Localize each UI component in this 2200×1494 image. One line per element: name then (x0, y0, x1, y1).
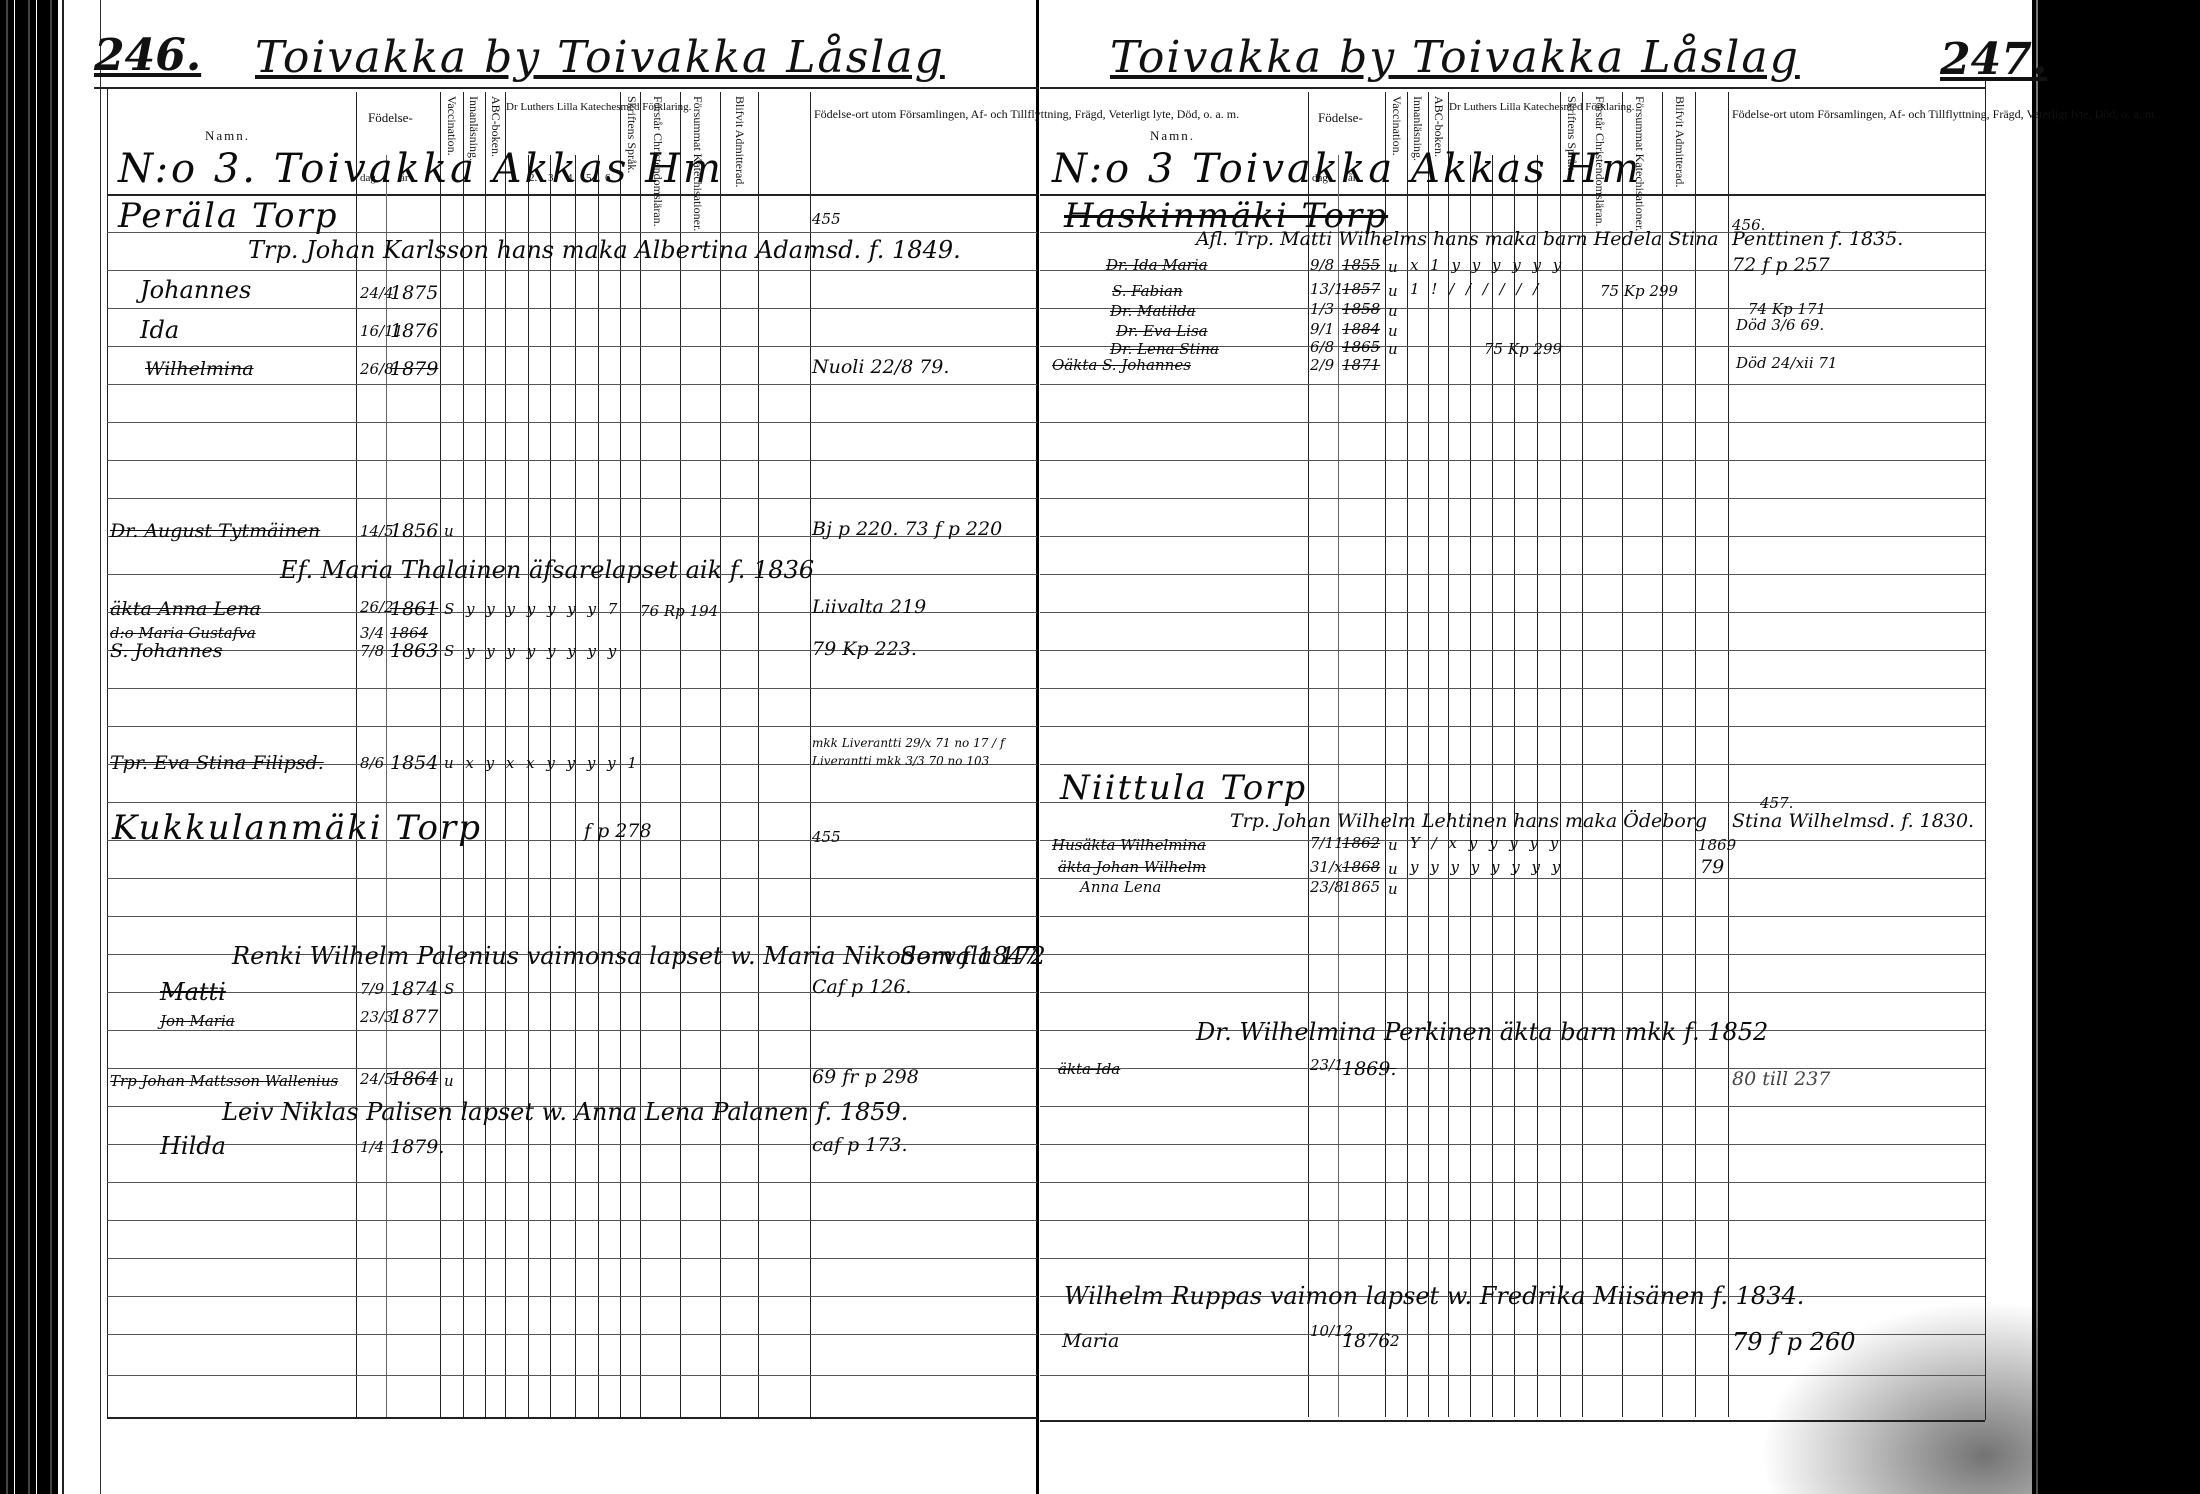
left-page-number: 246. (94, 30, 201, 81)
header-remarks: Födelse-ort utom Församlingen, Af- och T… (1732, 105, 1982, 123)
entry-remark: 80 till 237 (1732, 1068, 1830, 1090)
entry-day: 23/8 (1310, 878, 1344, 896)
entry-year: 1876 (390, 320, 438, 342)
entry-mark: u (1388, 282, 1398, 300)
entry-year: 1858 (1342, 300, 1380, 318)
entry-day: 3/4 (360, 624, 384, 642)
header-communion: Blifvit Admitterad. (1672, 96, 1687, 192)
entry-name: äkta Anna Lena (110, 598, 261, 620)
entry-marks: x 1 y y y y y y (1410, 256, 1561, 274)
binding-edge-line (100, 0, 101, 1494)
entry-remark: Nuoli 22/8 79. (812, 356, 949, 378)
section-heading: Peräla Torp (118, 196, 338, 236)
col-line (550, 155, 551, 1417)
section-heading: Niittula Torp (1060, 768, 1307, 808)
entry-year: 1869. (1342, 1058, 1396, 1080)
header-top-rule (94, 87, 1038, 89)
entry-mark: u (1388, 836, 1398, 854)
col-line (598, 155, 599, 1417)
entry-name: Trp Johan Mattsson Wallenius (110, 1072, 338, 1090)
entry-name: Dr. Ida Maria (1106, 256, 1208, 274)
col-line (1728, 92, 1729, 1417)
entry-day: 7/8 (360, 642, 384, 660)
entry-year: 1877 (390, 1006, 438, 1028)
header-remarks: Födelse-ort utom Församlingen, Af- och T… (814, 105, 1034, 123)
entry-mark: 2 (1390, 1332, 1400, 1350)
entry-name: Matti (160, 978, 226, 1006)
entry-mark: u (1388, 258, 1398, 276)
col-line (1338, 155, 1339, 1417)
entry-day: 24/4 (360, 284, 394, 302)
entry-year: 1857 (1342, 280, 1380, 298)
entry-mark: u (1388, 860, 1398, 878)
entry-name: Husäkta Wilhelmina (1052, 836, 1206, 854)
household-head: Afl. Trp. Matti Wilhelms hans maka barn … (1196, 228, 1719, 250)
right-frame (1985, 80, 1986, 1420)
entry-extra: 75 Kp 299 (1484, 340, 1562, 358)
entry-year: 1854 (390, 752, 438, 774)
section-heading: Kukkulanmäki Torp (112, 808, 482, 848)
section-note: f p 278 (584, 820, 652, 842)
entry-mark: S (444, 980, 454, 998)
entry-remark: Död 24/xii 71 (1736, 354, 1837, 372)
col-line (1560, 92, 1561, 1417)
col-line (528, 155, 529, 1417)
entry-year: 1863 (390, 640, 438, 662)
col-line (1695, 92, 1696, 1417)
section-remark: 455 (812, 828, 841, 846)
entry-day: 2/9 (1310, 356, 1334, 374)
entry-marks: 1 ! / / / / / / (1410, 280, 1538, 298)
entry-year: 1874 (390, 978, 438, 1000)
entry-mark: u (444, 522, 454, 540)
col-line (810, 92, 811, 1417)
entry-day: 31/x (1310, 858, 1343, 876)
entry-year: 1862 (1342, 834, 1380, 852)
entry-remark: 79 Kp 223. (812, 638, 917, 660)
entry-name: Dr. Matilda (1110, 302, 1196, 320)
entry-year: 1861 (390, 598, 438, 620)
entry-name: Dr. August Tytmäinen (110, 520, 320, 542)
header-name: Namn. (205, 128, 250, 144)
entry-year: 1856 (390, 520, 438, 542)
entry-year: 1879. (390, 1136, 444, 1158)
binding-edge-line (62, 0, 64, 1494)
entry-name: Oäkta S. Johannes (1052, 356, 1191, 374)
right-page-number: 247. (1940, 34, 2047, 85)
header-catechism: Dr Luthers Lilla Katechesmed Förklaring. (1449, 98, 1560, 116)
entry-year: 1879 (390, 358, 438, 380)
entry-name: Jon Maria (160, 1012, 235, 1030)
entry-day: 23/1 (1310, 1056, 1344, 1074)
col-line (440, 92, 441, 1417)
entry-day: 13/1 (1310, 280, 1344, 298)
entry-year: 1876 (1342, 1330, 1390, 1352)
entry-year: 1864 (390, 1068, 438, 1090)
entry-extra: 79 (1700, 856, 1724, 878)
book-spine (1036, 0, 1039, 1494)
entry-marks: S y y y y y y y 7 (444, 600, 617, 618)
entry-marks: y y y y y y y y (1410, 858, 1560, 876)
household-remark: Sorvala 172 (900, 942, 1046, 970)
col-line (1308, 92, 1309, 1417)
entry-mark: u (1388, 302, 1398, 320)
household-head: Ef. Maria Thalainen äfsarelapset aik f. … (280, 556, 814, 584)
col-line (1470, 155, 1471, 1417)
entry-marks: Y / x y y y y y (1410, 834, 1558, 852)
entry-remark: Död 3/6 69. (1736, 316, 1824, 334)
col-line (758, 92, 759, 1417)
entry-marks: u x y x x y y y y 1 (444, 754, 637, 772)
entry-remark: 69 fr p 298 (812, 1066, 919, 1088)
col-line (575, 155, 576, 1417)
entry-name: Johannes (140, 276, 251, 304)
entry-day: 7/11 (1310, 834, 1344, 852)
col-line (1385, 92, 1386, 1417)
entry-mark: u (1388, 880, 1398, 898)
col-line (1407, 92, 1408, 1417)
entry-year: 1884 (1342, 320, 1380, 338)
col-line (720, 92, 721, 1417)
header-name: Namn. (1150, 128, 1195, 144)
entry-day: 23/3 (360, 1008, 394, 1026)
right-page-title: Toivakka by Toivakka Låslag (1110, 32, 1800, 83)
entry-year: 1871 (1342, 356, 1380, 374)
header-birth: Födelse- (368, 110, 413, 126)
entry-day: 7/9 (360, 980, 384, 998)
house-number: N:o 3 Toivakka Akkas Hm (1052, 146, 1642, 192)
entry-marks: S y y y y y y y y (444, 642, 616, 660)
entry-remark: 72 f p 257 (1732, 254, 1830, 276)
book-binding-left (0, 0, 58, 1494)
entry-year: 1865 (1342, 878, 1380, 896)
left-page-title: Toivakka by Toivakka Låslag (255, 32, 945, 83)
entry-mark: u (1388, 340, 1398, 358)
household-head: Leiv Niklas Palisen lapset w. Anna Lena … (222, 1098, 908, 1126)
entry-year: 1865 (1342, 338, 1380, 356)
entry-day: 6/8 (1310, 338, 1334, 356)
entry-year: 1855 (1342, 256, 1380, 274)
entry-day: 14/5 (360, 522, 394, 540)
col-line (640, 92, 641, 1417)
entry-day: 24/5 (360, 1070, 394, 1088)
header-catechism: Dr Luthers Lilla Katechesmed Förklaring. (506, 98, 620, 116)
header-top-rule (1040, 87, 1985, 89)
entry-name: äkta Ida (1058, 1060, 1120, 1078)
entry-year: 1868 (1342, 858, 1380, 876)
entry-name: Anna Lena (1080, 878, 1161, 896)
entry-mark: u (1388, 322, 1398, 340)
household-remark: Penttinen f. 1835. (1732, 228, 1903, 250)
entry-day: 9/8 (1310, 256, 1334, 274)
entry-day: 26/2 (360, 598, 394, 616)
entry-day: 9/1 (1310, 320, 1334, 338)
col-line (680, 92, 681, 1417)
entry-name: Tpr. Eva Stina Filipsd. (110, 752, 324, 774)
book-edge-right (2032, 0, 2200, 1494)
entry-day: 1/3 (1310, 300, 1334, 318)
entry-extra: 75 Kp 299 (1600, 282, 1678, 300)
entry-name: Hilda (160, 1132, 226, 1160)
household-remark: Stina Wilhelmsd. f. 1830. (1732, 810, 1974, 832)
entry-day: 8/6 (360, 754, 384, 772)
entry-remark: 79 f p 260 (1732, 1328, 1855, 1356)
col-line (356, 92, 357, 1417)
entry-name: Ida (140, 316, 179, 344)
household-head: Trp. Johan Karlsson hans maka Albertina … (248, 236, 961, 264)
entry-remark: mkk Liverantti 29/x 71 no 17 / f Liveran… (812, 734, 1032, 770)
entry-remark: Bj p 220. 73 f p 220 (812, 518, 1002, 540)
section-note: 455 (812, 210, 841, 228)
entry-mark: u (444, 1072, 454, 1090)
entry-name: Maria (1062, 1330, 1119, 1352)
book-edge-highlight (2036, 0, 2038, 1494)
entry-remark: caf p 173. (812, 1134, 908, 1156)
entry-name: Wilhelmina (145, 358, 254, 380)
entry-day: 1/4 (360, 1138, 384, 1156)
entry-day: 26/8 (360, 360, 394, 378)
entry-extra: 1869 (1698, 836, 1736, 854)
col-line (1582, 92, 1583, 1417)
household-head: Wilhelm Ruppas vaimon lapset w. Fredrika… (1064, 1282, 1804, 1310)
entry-extra: 76 Rp 194 (640, 602, 718, 620)
entry-name: Dr. Eva Lisa (1116, 322, 1208, 340)
entry-name: äkta Johan Wilhelm (1058, 858, 1206, 876)
household-head: Dr. Wilhelmina Perkinen äkta barn mkk f.… (1196, 1018, 1768, 1046)
left-frame (107, 87, 108, 1417)
col-line (386, 155, 387, 1417)
entry-name: S. Johannes (110, 640, 223, 662)
entry-remark: Liivalta 219 (812, 596, 926, 618)
entry-name: S. Fabian (1112, 282, 1183, 300)
header-communion: Blifvit Admitterad. (732, 96, 747, 192)
entry-year: 1875 (390, 282, 438, 304)
entry-remark: Caf p 126. (812, 976, 911, 998)
household-head: Trp. Johan Wilhelm Lehtinen hans maka Öd… (1230, 810, 1707, 832)
house-number: N:o 3. Toivakka Akkas Hm (118, 146, 724, 192)
header-birth: Födelse- (1318, 110, 1363, 126)
